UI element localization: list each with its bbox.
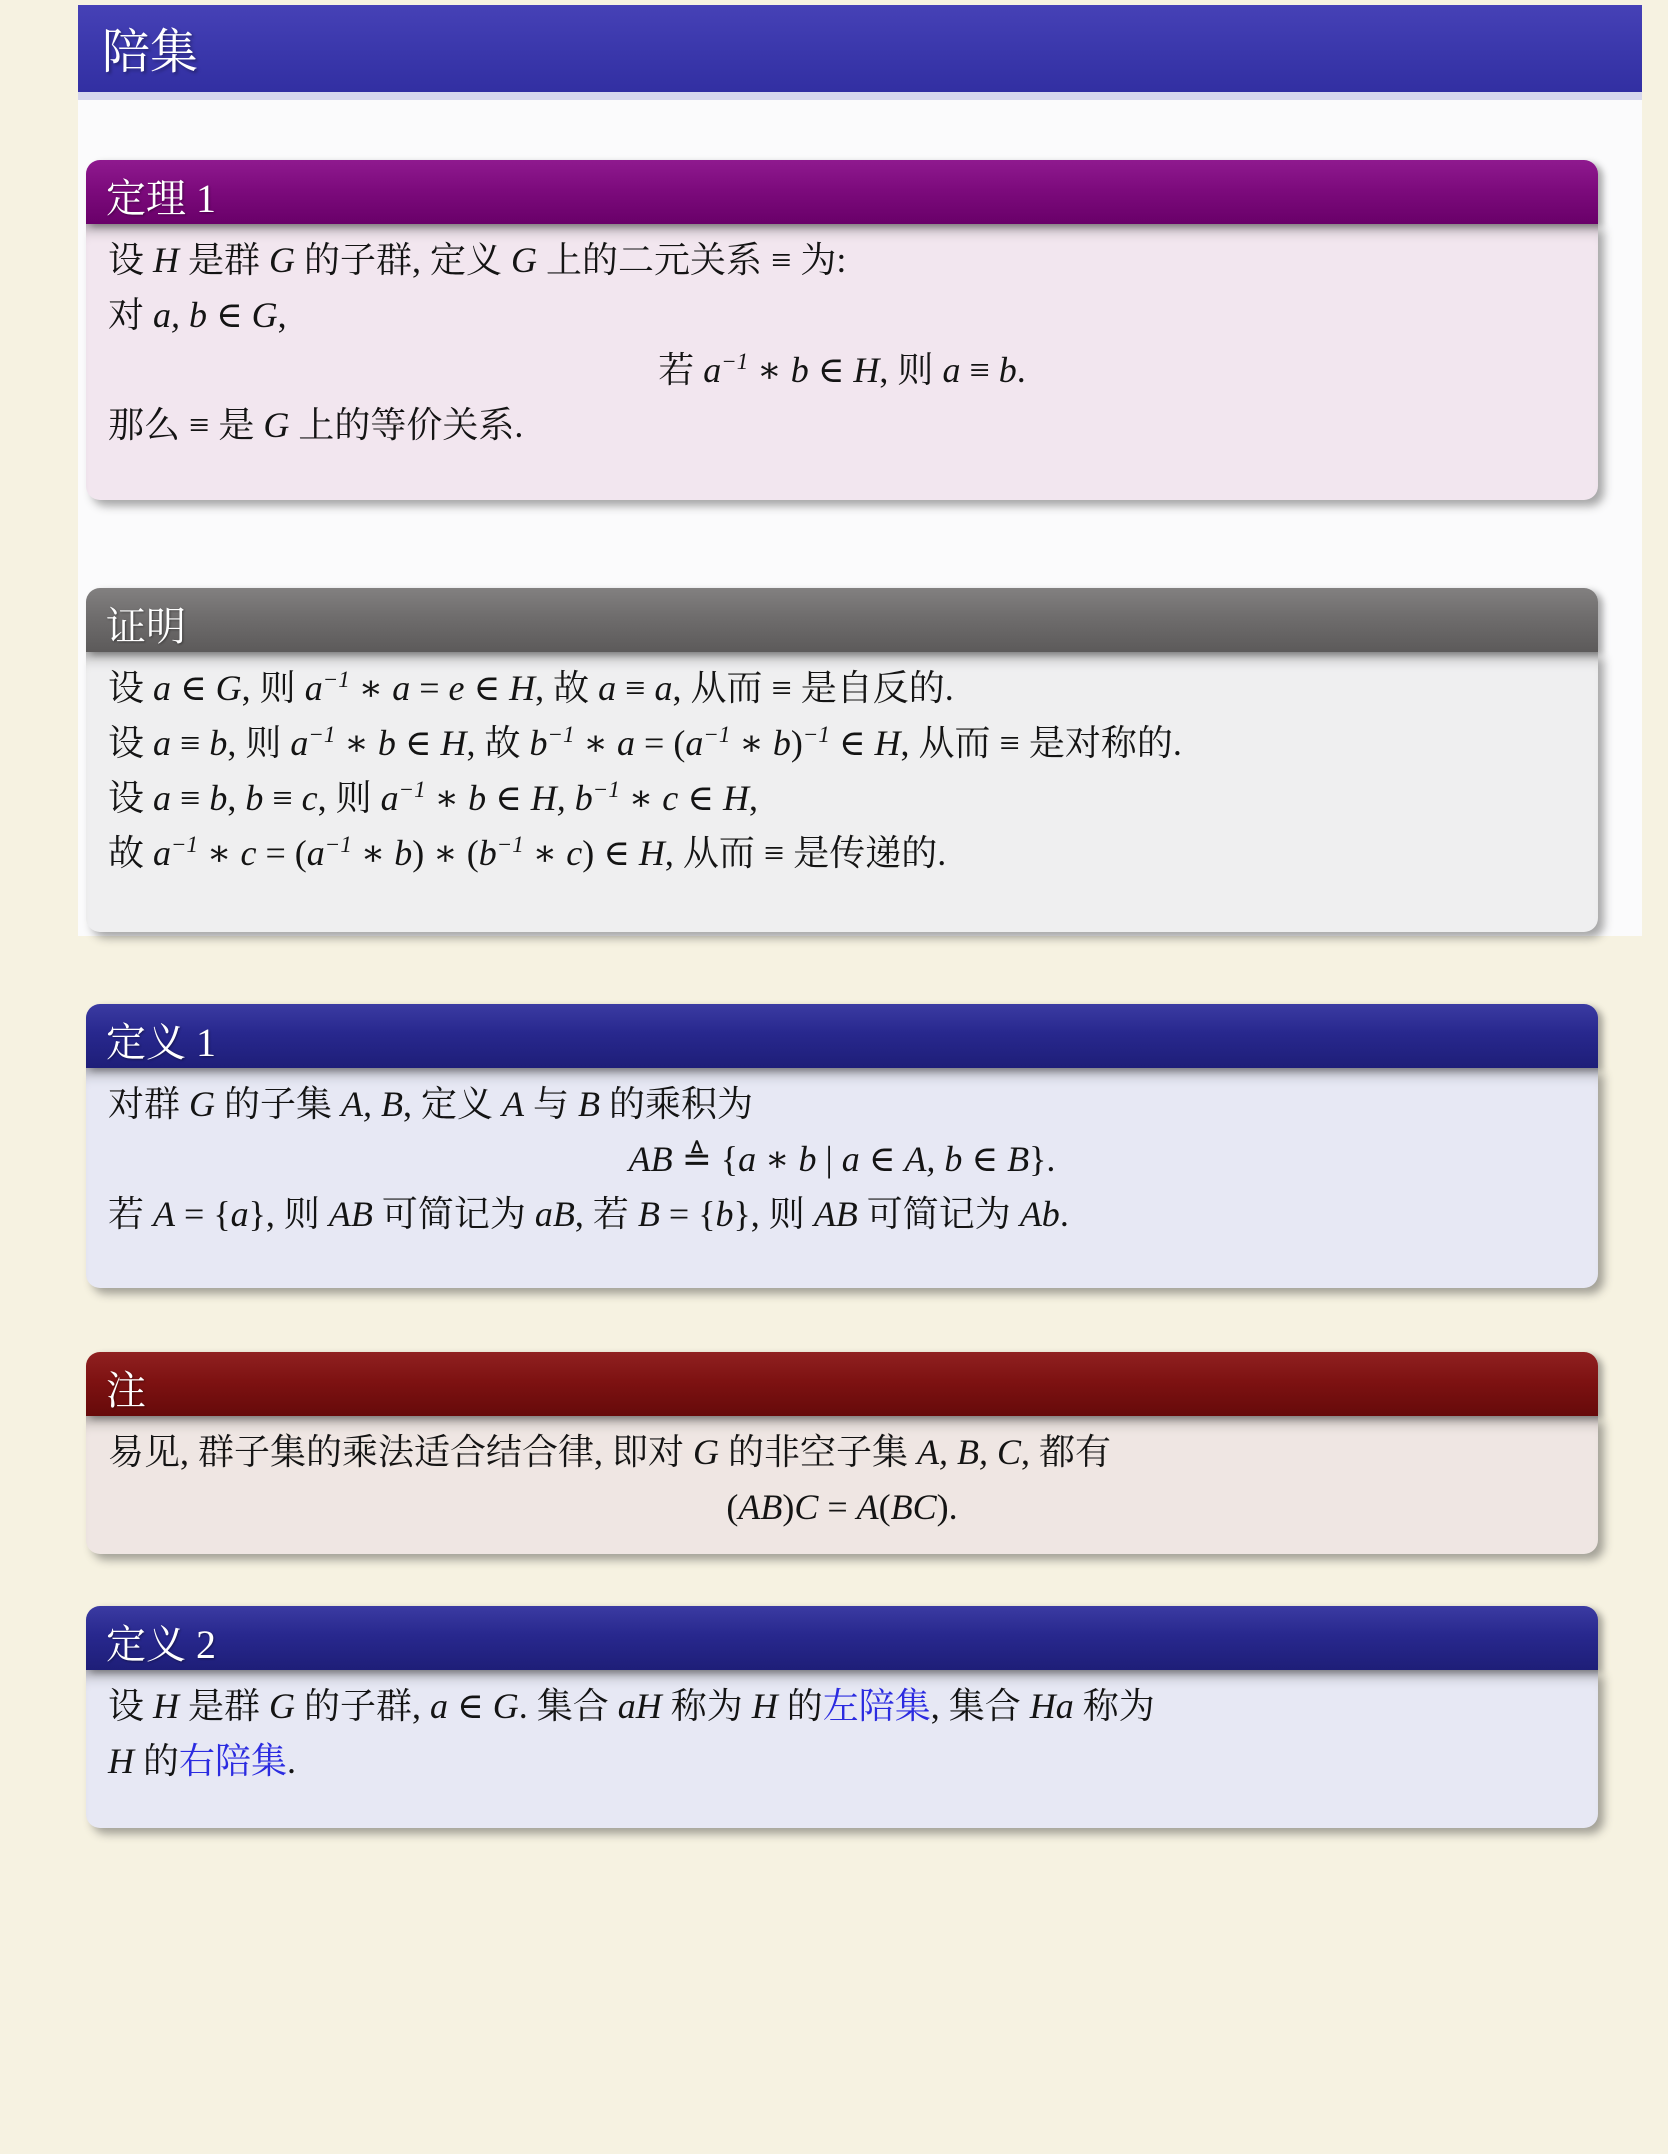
math-segment: e: [449, 668, 465, 708]
text-segment: , 若: [575, 1194, 638, 1234]
text-line: 设 H 是群 G 的子群, a ∈ G. 集合 aH 称为 H 的左陪集, 集合…: [108, 1679, 1576, 1734]
text-segment: 的非空子集: [719, 1432, 917, 1472]
math-segment: b: [245, 778, 263, 818]
math-symbol: (: [879, 1487, 891, 1527]
math-segment: H: [108, 1741, 134, 1781]
text-line: 对群 G 的子集 A, B, 定义 A 与 B 的乘积为: [108, 1077, 1576, 1132]
formula-line: AB ≜ {a ∗ b | a ∈ A, b ∈ B}.: [108, 1132, 1576, 1187]
text-segment: 称为: [662, 1686, 752, 1726]
math-segment: AB: [629, 1139, 673, 1179]
note-header-label: 注: [106, 1368, 146, 1413]
math-symbol: ∈: [809, 350, 854, 390]
math-symbol: ∈: [207, 295, 252, 335]
math-segment: G: [216, 668, 242, 708]
text-segment: .: [287, 1741, 296, 1781]
math-symbol: ∗: [352, 833, 394, 873]
math-segment: H: [875, 723, 901, 763]
math-segment: a: [430, 1686, 448, 1726]
math-segment: A: [857, 1487, 879, 1527]
math-symbol: ≡: [771, 668, 791, 708]
math-symbol: ≜ {: [673, 1139, 738, 1179]
math-segment: A, B: [341, 1084, 403, 1124]
math-segment: H: [723, 778, 749, 818]
math-segment: a: [942, 350, 960, 390]
title-underline: [78, 92, 1642, 100]
math-symbol: ≡: [263, 778, 301, 818]
math-segment: b: [799, 1139, 817, 1179]
math-segment: C: [794, 1487, 818, 1527]
title-bar: 陪集: [78, 5, 1642, 92]
text-line: 若 A = {a}, 则 AB 可简记为 aB, 若 B = {b}, 则 AB…: [108, 1187, 1576, 1242]
math-segment: A: [153, 1194, 175, 1234]
definition2-header-label: 定义 2: [106, 1622, 216, 1667]
math-symbol: ∈: [830, 723, 875, 763]
text-segment: . 集合: [519, 1686, 618, 1726]
text-segment: 易见, 群子集的乘法适合结合律, 即对: [108, 1432, 693, 1472]
note-header: 注: [86, 1352, 1598, 1416]
math-segment: B: [1007, 1139, 1029, 1179]
math-segment: G: [269, 240, 295, 280]
text-line: 那么 ≡ 是 G 上的等价关系.: [108, 398, 1576, 453]
text-segment: 是群: [179, 1686, 269, 1726]
math-symbol: ≡: [960, 350, 998, 390]
superscript-segment: −1: [171, 832, 198, 857]
text-segment: 若: [108, 1194, 153, 1234]
math-symbol: = {: [175, 1194, 231, 1234]
math-symbol: ≡: [189, 405, 209, 445]
text-segment: , 从而: [672, 668, 771, 708]
math-segment: b: [791, 350, 809, 390]
math-segment: a: [307, 833, 325, 873]
text-segment: , 故: [535, 668, 598, 708]
proof-block: 证明 设 a ∈ G, 则 a−1 ∗ a = e ∈ H, 故 a ≡ a, …: [86, 588, 1598, 932]
text-segment: 的子群,: [295, 1686, 430, 1726]
text-line: 设 a ≡ b, 则 a−1 ∗ b ∈ H, 故 b−1 ∗ a = (a−1…: [108, 716, 1576, 771]
text-segment: , 则: [318, 778, 381, 818]
math-segment: a: [153, 668, 171, 708]
text-line: 故 a−1 ∗ c = (a−1 ∗ b) ∗ (b−1 ∗ c) ∈ H, 从…: [108, 826, 1576, 881]
math-segment: AB: [738, 1487, 782, 1527]
text-segment: , 从而: [901, 723, 1000, 763]
definition1-body: 对群 G 的子集 A, B, 定义 A 与 B 的乘积为 AB ≜ {a ∗ b…: [86, 1068, 1598, 1288]
math-symbol: = (: [635, 723, 685, 763]
math-segment: G: [189, 1084, 215, 1124]
math-segment: c: [302, 778, 318, 818]
math-segment: Ab: [1020, 1194, 1060, 1234]
text-segment: 若: [658, 350, 703, 390]
math-symbol: =: [410, 668, 448, 708]
theorem-header: 定理 1: [86, 160, 1598, 224]
math-symbol: ∈: [171, 668, 216, 708]
math-symbol: ∈: [448, 1686, 493, 1726]
math-segment: a: [685, 723, 703, 763]
math-symbol: ∗: [748, 350, 790, 390]
math-segment: a: [153, 833, 171, 873]
math-segment: a: [842, 1139, 860, 1179]
text-segment: 可简记为: [373, 1194, 535, 1234]
math-symbol: ∗: [730, 723, 772, 763]
math-segment: aH: [618, 1686, 662, 1726]
math-segment: b: [468, 778, 486, 818]
formula-line: 若 a−1 ∗ b ∈ H, 则 a ≡ b.: [108, 343, 1576, 398]
math-segment: H: [509, 668, 535, 708]
text-segment: 是: [209, 405, 263, 445]
math-segment: A, B, C: [917, 1432, 1021, 1472]
math-segment: G: [263, 405, 289, 445]
math-segment: a: [153, 778, 171, 818]
math-symbol: ∈: [678, 778, 723, 818]
superscript-segment: −1: [703, 722, 730, 747]
math-segment: a: [598, 668, 616, 708]
math-symbol: |: [817, 1139, 842, 1179]
math-segment: H: [153, 240, 179, 280]
math-symbol: ≡: [171, 723, 209, 763]
page-title: 陪集: [102, 26, 198, 79]
math-segment: H: [853, 350, 879, 390]
superscript-segment: −1: [399, 777, 426, 802]
math-segment: a: [305, 668, 323, 708]
math-segment: a: [617, 723, 635, 763]
text-segment: 与: [524, 1084, 578, 1124]
text-line: 对 a, b ∈ G,: [108, 288, 1576, 343]
math-segment: G: [511, 240, 537, 280]
math-symbol: ∈: [962, 1139, 1007, 1179]
superscript-segment: −1: [721, 349, 748, 374]
theorem-header-label: 定理 1: [106, 176, 216, 221]
text-segment: 是对称的.: [1020, 723, 1182, 763]
math-symbol: (: [726, 1487, 738, 1527]
superscript-segment: −1: [308, 722, 335, 747]
math-symbol: = (: [257, 833, 307, 873]
math-segment: a: [392, 668, 410, 708]
math-symbol: ) ∗ (: [412, 833, 478, 873]
math-symbol: }: [1029, 1139, 1046, 1179]
text-segment: 上的等价关系.: [289, 405, 523, 445]
math-segment: aB: [535, 1194, 575, 1234]
math-symbol: }: [734, 1194, 751, 1234]
math-segment: a: [231, 1194, 249, 1234]
math-segment: AB: [814, 1194, 858, 1234]
text-line: 设 a ≡ b, b ≡ c, 则 a−1 ∗ b ∈ H, b−1 ∗ c ∈…: [108, 771, 1576, 826]
math-symbol: ≡: [771, 240, 791, 280]
math-segment: a: [703, 350, 721, 390]
formula-line: (AB)C = A(BC).: [108, 1480, 1576, 1535]
math-segment: A: [904, 1139, 926, 1179]
math-symbol: ∗: [756, 1139, 798, 1179]
math-segment: b: [530, 723, 548, 763]
proof-header: 证明: [86, 588, 1598, 652]
math-segment: a: [153, 723, 171, 763]
text-segment: 的: [134, 1741, 179, 1781]
superscript-segment: −1: [323, 667, 350, 692]
math-segment: H: [531, 778, 557, 818]
math-segment: G: [693, 1432, 719, 1472]
text-segment: 设: [108, 240, 153, 280]
text-segment: , 则: [751, 1194, 814, 1234]
text-segment: , 从而: [665, 833, 764, 873]
math-segment: a: [381, 778, 399, 818]
text-segment: 设: [108, 1686, 153, 1726]
text-segment: 故: [108, 833, 153, 873]
text-segment: , 则: [227, 723, 290, 763]
note-body: 易见, 群子集的乘法适合结合律, 即对 G 的非空子集 A, B, C, 都有 …: [86, 1416, 1598, 1554]
math-segment: b: [999, 350, 1017, 390]
math-segment: b: [773, 723, 791, 763]
math-segment: b: [209, 723, 227, 763]
math-symbol: ∗: [575, 723, 617, 763]
math-symbol: }: [249, 1194, 266, 1234]
theorem-body: 设 H 是群 G 的子群, 定义 G 上的二元关系 ≡ 为: 对 a, b ∈ …: [86, 224, 1598, 500]
text-segment: 的子集: [215, 1084, 341, 1124]
math-symbol: ): [937, 1487, 949, 1527]
text-segment: 为:: [791, 240, 846, 280]
math-segment: c: [241, 833, 257, 873]
math-symbol: ∈: [860, 1139, 905, 1179]
text-segment: ,: [278, 295, 287, 335]
text-segment: , 定义: [403, 1084, 502, 1124]
math-segment: a: [290, 723, 308, 763]
math-symbol: ∈: [396, 723, 441, 763]
superscript-segment: −1: [548, 722, 575, 747]
math-segment: a, b: [153, 295, 207, 335]
text-line: 设 H 是群 G 的子群, 定义 G 上的二元关系 ≡ 为:: [108, 233, 1576, 288]
math-segment: G: [252, 295, 278, 335]
theorem-block: 定理 1 设 H 是群 G 的子群, 定义 G 上的二元关系 ≡ 为: 对 a,…: [86, 160, 1598, 500]
superscript-segment: −1: [593, 777, 620, 802]
math-segment: , b: [557, 778, 593, 818]
text-segment: 设: [108, 668, 153, 708]
math-segment: b: [716, 1194, 734, 1234]
text-segment: 称为: [1074, 1686, 1155, 1726]
text-segment: 是群: [179, 240, 269, 280]
math-segment: BC: [891, 1487, 937, 1527]
text-segment: .: [1046, 1139, 1055, 1179]
math-symbol: ≡: [764, 833, 784, 873]
math-segment: H: [153, 1686, 179, 1726]
text-segment: ,: [749, 778, 758, 818]
text-line: 设 a ∈ G, 则 a−1 ∗ a = e ∈ H, 故 a ≡ a, 从而 …: [108, 661, 1576, 716]
text-segment: 的乘积为: [600, 1084, 753, 1124]
text-segment: 的: [778, 1686, 823, 1726]
math-symbol: ) ∈: [582, 833, 639, 873]
math-symbol: ∈: [486, 778, 531, 818]
math-segment: H: [639, 833, 665, 873]
text-segment: 是传递的.: [784, 833, 946, 873]
math-segment: A: [502, 1084, 524, 1124]
text-segment: , 则: [879, 350, 942, 390]
text-segment: , 故: [467, 723, 530, 763]
math-segment: AB: [329, 1194, 373, 1234]
definition1-header: 定义 1: [86, 1004, 1598, 1068]
slide-page: 陪集 定理 1 设 H 是群 G 的子群, 定义 G 上的二元关系 ≡ 为: 对…: [0, 0, 1668, 2154]
text-segment: 的子群, 定义: [295, 240, 511, 280]
math-symbol: ∗: [335, 723, 377, 763]
text-segment: 对群: [108, 1084, 189, 1124]
text-segment: 上的二元关系: [537, 240, 771, 280]
definition1-block: 定义 1 对群 G 的子集 A, B, 定义 A 与 B 的乘积为 AB ≜ {…: [86, 1004, 1598, 1288]
note-block: 注 易见, 群子集的乘法适合结合律, 即对 G 的非空子集 A, B, C, 都…: [86, 1352, 1598, 1554]
math-segment: G: [269, 1686, 295, 1726]
math-segment: Ha: [1030, 1686, 1074, 1726]
math-segment: c: [566, 833, 582, 873]
math-segment: a: [738, 1139, 756, 1179]
superscript-segment: −1: [497, 832, 524, 857]
math-segment: , b: [926, 1139, 962, 1179]
math-segment: c: [662, 778, 678, 818]
math-segment: a: [654, 668, 672, 708]
text-segment: , 集合: [931, 1686, 1030, 1726]
text-segment: , 则: [266, 1194, 329, 1234]
definition2-block: 定义 2 设 H 是群 G 的子群, a ∈ G. 集合 aH 称为 H 的左陪…: [86, 1606, 1598, 1828]
math-symbol: ≡: [616, 668, 654, 708]
math-symbol: ): [782, 1487, 794, 1527]
superscript-segment: −1: [325, 832, 352, 857]
text-segment: 设: [108, 723, 153, 763]
math-symbol: ∗: [620, 778, 662, 818]
math-segment: b: [479, 833, 497, 873]
math-segment: b: [209, 778, 227, 818]
math-symbol: =: [818, 1487, 856, 1527]
math-segment: H: [752, 1686, 778, 1726]
text-segment: , 则: [242, 668, 305, 708]
math-symbol: ): [791, 723, 803, 763]
math-symbol: = {: [660, 1194, 716, 1234]
math-symbol: ≡: [1000, 723, 1020, 763]
math-segment: G: [493, 1686, 519, 1726]
proof-body: 设 a ∈ G, 则 a−1 ∗ a = e ∈ H, 故 a ≡ a, 从而 …: [86, 652, 1598, 932]
math-segment: B: [638, 1194, 660, 1234]
math-symbol: ∗: [198, 833, 240, 873]
text-segment: 那么: [108, 405, 189, 445]
math-segment: b: [378, 723, 396, 763]
math-symbol: ∗: [426, 778, 468, 818]
math-symbol: ∗: [350, 668, 392, 708]
text-segment: 可简记为: [858, 1194, 1020, 1234]
text-segment: .: [949, 1487, 958, 1527]
text-segment: 是自反的.: [792, 668, 954, 708]
text-segment: 对: [108, 295, 153, 335]
text-segment: .: [1017, 350, 1026, 390]
definition2-body: 设 H 是群 G 的子群, a ∈ G. 集合 aH 称为 H 的左陪集, 集合…: [86, 1670, 1598, 1828]
text-line: H 的右陪集.: [108, 1734, 1576, 1789]
math-symbol: ≡: [171, 778, 209, 818]
text-segment: , 都有: [1021, 1432, 1111, 1472]
math-segment: b: [394, 833, 412, 873]
text-line: 易见, 群子集的乘法适合结合律, 即对 G 的非空子集 A, B, C, 都有: [108, 1425, 1576, 1480]
proof-header-label: 证明: [106, 604, 186, 649]
right-coset-term: 右陪集: [179, 1741, 287, 1781]
math-segment: B: [578, 1084, 600, 1124]
text-segment: 设: [108, 778, 153, 818]
math-segment: H: [441, 723, 467, 763]
text-segment: ,: [227, 778, 245, 818]
text-segment: .: [1060, 1194, 1069, 1234]
left-coset-term: 左陪集: [823, 1686, 931, 1726]
superscript-segment: −1: [803, 722, 830, 747]
definition2-header: 定义 2: [86, 1606, 1598, 1670]
math-symbol: ∗: [524, 833, 566, 873]
definition1-header-label: 定义 1: [106, 1020, 216, 1065]
math-symbol: ∈: [464, 668, 509, 708]
